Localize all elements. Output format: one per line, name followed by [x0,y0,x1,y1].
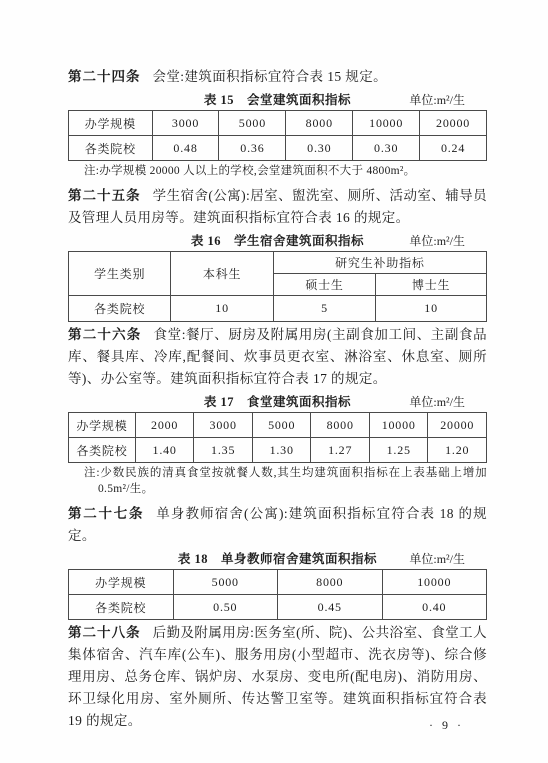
table-cell: 0.48 [152,136,219,161]
table-cell: 3000 [152,111,219,136]
table-cell: 0.30 [286,136,353,161]
table-cell: 2000 [135,413,194,438]
table-15-unit: 单位:m²/生 [409,93,465,107]
table-cell: 0.45 [278,595,383,620]
article-25-number: 第二十五条 [68,188,141,203]
table-cell: 研究生补助指标 [273,252,486,274]
table-16: 学生类别 本科生 研究生补助指标 硕士生 博士生 各类院校 10 5 10 [68,251,487,322]
article-28-text: 后勤及附属用房:医务室(所、院)、公共浴室、食堂工人集体宿舍、汽车库(公车)、服… [68,625,487,728]
article-25-paragraph: 第二十五条学生宿舍(公寓):居室、盥洗室、厕所、活动室、辅导员及管理人员用房等。… [68,185,487,229]
table-cell: 硕士生 [273,274,375,296]
article-25-section: 第二十五条学生宿舍(公寓):居室、盥洗室、厕所、活动室、辅导员及管理人员用房等。… [68,185,487,322]
table-17: 办学规模 2000 3000 5000 8000 10000 20000 各类院… [68,412,487,463]
table-cell: 1.25 [369,438,428,463]
article-24-section: 第二十四条会堂:建筑面积指标宜符合表 15 规定。 表 15 会堂建筑面积指标 … [68,66,487,179]
table-cell: 1.27 [311,438,370,463]
article-28-paragraph: 第二十八条后勤及附属用房:医务室(所、院)、公共浴室、食堂工人集体宿舍、汽车库(… [68,622,487,732]
table-cell: 博士生 [376,274,487,296]
table-cell: 1.40 [135,438,194,463]
table-cell: 各类院校 [69,595,174,620]
table-17-note: 注:少数民族的清真食堂按就餐人数,其生均建筑面积指标在上表基础上增加 0.5m²… [68,465,487,497]
table-cell: 10000 [382,570,487,595]
table-17-header-row: 办学规模 2000 3000 5000 8000 10000 20000 [69,413,487,438]
table-cell: 各类院校 [69,136,153,161]
table-cell: 0.36 [219,136,286,161]
table-15-title: 表 15 会堂建筑面积指标 [204,93,351,108]
page-number: · 9 · [429,718,464,733]
table-cell: 20000 [420,111,487,136]
table-cell: 各类院校 [69,296,171,322]
table-cell: 8000 [286,111,353,136]
table-cell: 0.30 [353,136,420,161]
table-cell: 办学规模 [69,111,153,136]
table-15-header-row: 办学规模 3000 5000 8000 10000 20000 [69,111,487,136]
table-cell: 本科生 [171,252,273,296]
table-18-title: 表 18 单身教师宿舍建筑面积指标 [178,552,377,567]
table-cell: 10 [376,296,487,322]
table-18-unit: 单位:m²/生 [409,552,465,566]
table-18: 办学规模 5000 8000 10000 各类院校 0.50 0.45 0.40 [68,569,487,620]
article-26-paragraph: 第二十六条食堂:餐厅、厨房及附属用房(主副食加工间、主副食品库、餐具库、冷库,配… [68,324,487,390]
table-16-title: 表 16 学生宿舍建筑面积指标 [191,234,364,249]
article-27-number: 第二十七条 [68,506,144,521]
article-24-number: 第二十四条 [68,69,141,84]
table-17-title: 表 17 食堂建筑面积指标 [204,395,351,410]
table-15-data-row: 各类院校 0.48 0.36 0.30 0.30 0.24 [69,136,487,161]
table-cell: 10 [171,296,273,322]
article-24-paragraph: 第二十四条会堂:建筑面积指标宜符合表 15 规定。 [68,66,487,88]
table-cell: 20000 [428,413,487,438]
table-cell: 各类院校 [69,438,136,463]
table-18-caption-row: 表 18 单身教师宿舍建筑面积指标 单位:m²/生 [68,551,487,567]
table-15-caption-row: 表 15 会堂建筑面积指标 单位:m²/生 [68,92,487,108]
document-page: 第二十四条会堂:建筑面积指标宜符合表 15 规定。 表 15 会堂建筑面积指标 … [0,0,548,763]
table-18-data-row: 各类院校 0.50 0.45 0.40 [69,595,487,620]
table-16-caption-row: 表 16 学生宿舍建筑面积指标 单位:m²/生 [68,233,487,249]
table-cell: 5 [273,296,375,322]
table-cell: 0.40 [382,595,487,620]
table-cell: 8000 [311,413,370,438]
table-17-caption-row: 表 17 食堂建筑面积指标 单位:m²/生 [68,394,487,410]
table-cell: 5000 [252,413,311,438]
table-cell: 0.24 [420,136,487,161]
table-cell: 办学规模 [69,570,174,595]
article-26-section: 第二十六条食堂:餐厅、厨房及附属用房(主副食加工间、主副食品库、餐具库、冷库,配… [68,324,487,497]
table-cell: 学生类别 [69,252,171,296]
article-28-section: 第二十八条后勤及附属用房:医务室(所、院)、公共浴室、食堂工人集体宿舍、汽车库(… [68,622,487,732]
table-16-unit: 单位:m²/生 [409,234,465,248]
table-cell: 办学规模 [69,413,136,438]
table-cell: 10000 [353,111,420,136]
table-cell: 1.20 [428,438,487,463]
table-cell: 3000 [194,413,253,438]
article-24-text: 会堂:建筑面积指标宜符合表 15 规定。 [153,69,388,84]
table-cell: 0.50 [173,595,278,620]
article-28-number: 第二十八条 [68,625,141,640]
table-cell: 10000 [369,413,428,438]
table-cell: 8000 [278,570,383,595]
article-27-section: 第二十七条单身教师宿舍(公寓):建筑面积指标宜符合表 18 的规定。 表 18 … [68,503,487,620]
article-27-paragraph: 第二十七条单身教师宿舍(公寓):建筑面积指标宜符合表 18 的规定。 [68,503,487,547]
table-cell: 5000 [173,570,278,595]
article-26-number: 第二十六条 [68,327,142,342]
table-17-data-row: 各类院校 1.40 1.35 1.30 1.27 1.25 1.20 [69,438,487,463]
table-cell: 1.35 [194,438,253,463]
table-15-note: 注:办学规模 20000 人以上的学校,会堂建筑面积不大于 4800m²。 [68,163,487,179]
table-16-header-row-1: 学生类别 本科生 研究生补助指标 [69,252,487,274]
table-18-header-row: 办学规模 5000 8000 10000 [69,570,487,595]
table-16-data-row: 各类院校 10 5 10 [69,296,487,322]
table-17-unit: 单位:m²/生 [409,395,465,409]
table-15: 办学规模 3000 5000 8000 10000 20000 各类院校 0.4… [68,110,487,161]
table-cell: 1.30 [252,438,311,463]
table-cell: 5000 [219,111,286,136]
